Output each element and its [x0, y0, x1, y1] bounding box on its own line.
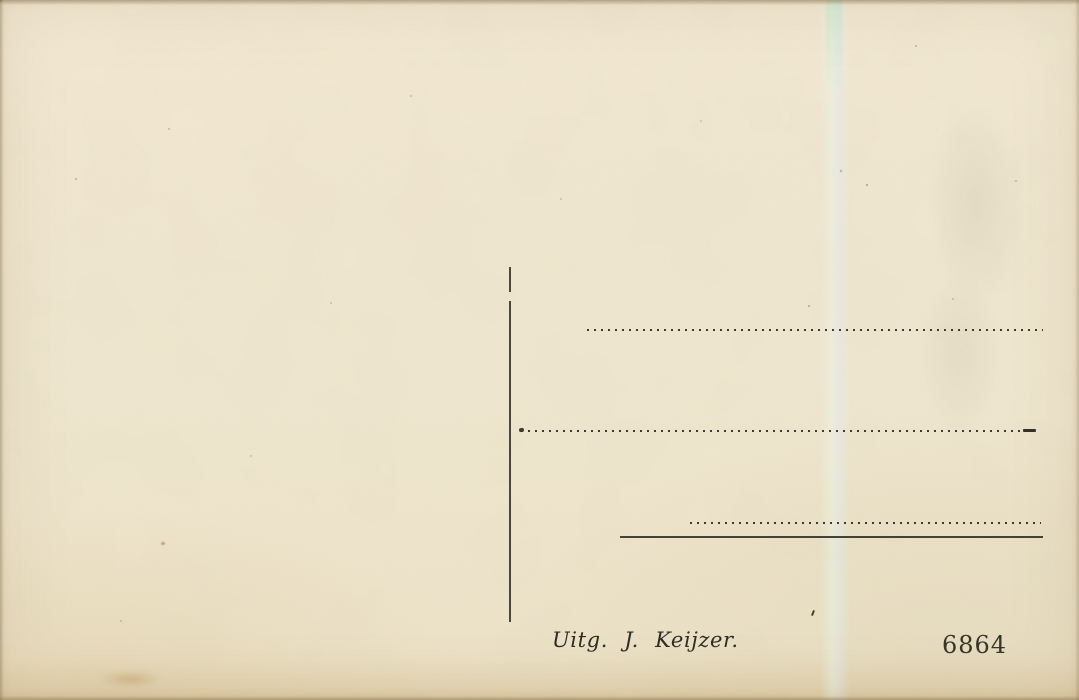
address-dotted-line-2: [521, 430, 1024, 432]
publisher-imprint: Uitg. J. Keijzer.: [552, 628, 739, 652]
address-solid-baseline: [620, 536, 1043, 538]
address-area: [510, 260, 1079, 620]
bottom-stain-band: [0, 658, 1079, 700]
foxing-specks: [0, 0, 2, 2]
postcard-back: Uitg. J. Keijzer. 6864: [0, 0, 1079, 700]
address-line-2-end-dash: [1023, 429, 1036, 432]
top-edge-shadow: [0, 0, 1079, 5]
address-dotted-line-1: [587, 329, 1043, 331]
message-area: [0, 260, 505, 620]
serial-number: 6864: [942, 631, 1007, 659]
scan-light-streak-top: [826, 0, 842, 90]
rust-speck: [160, 541, 166, 546]
stain-blob: [98, 670, 162, 688]
bottom-edge-shadow: [0, 696, 1079, 700]
address-dotted-line-3: [690, 522, 1041, 524]
